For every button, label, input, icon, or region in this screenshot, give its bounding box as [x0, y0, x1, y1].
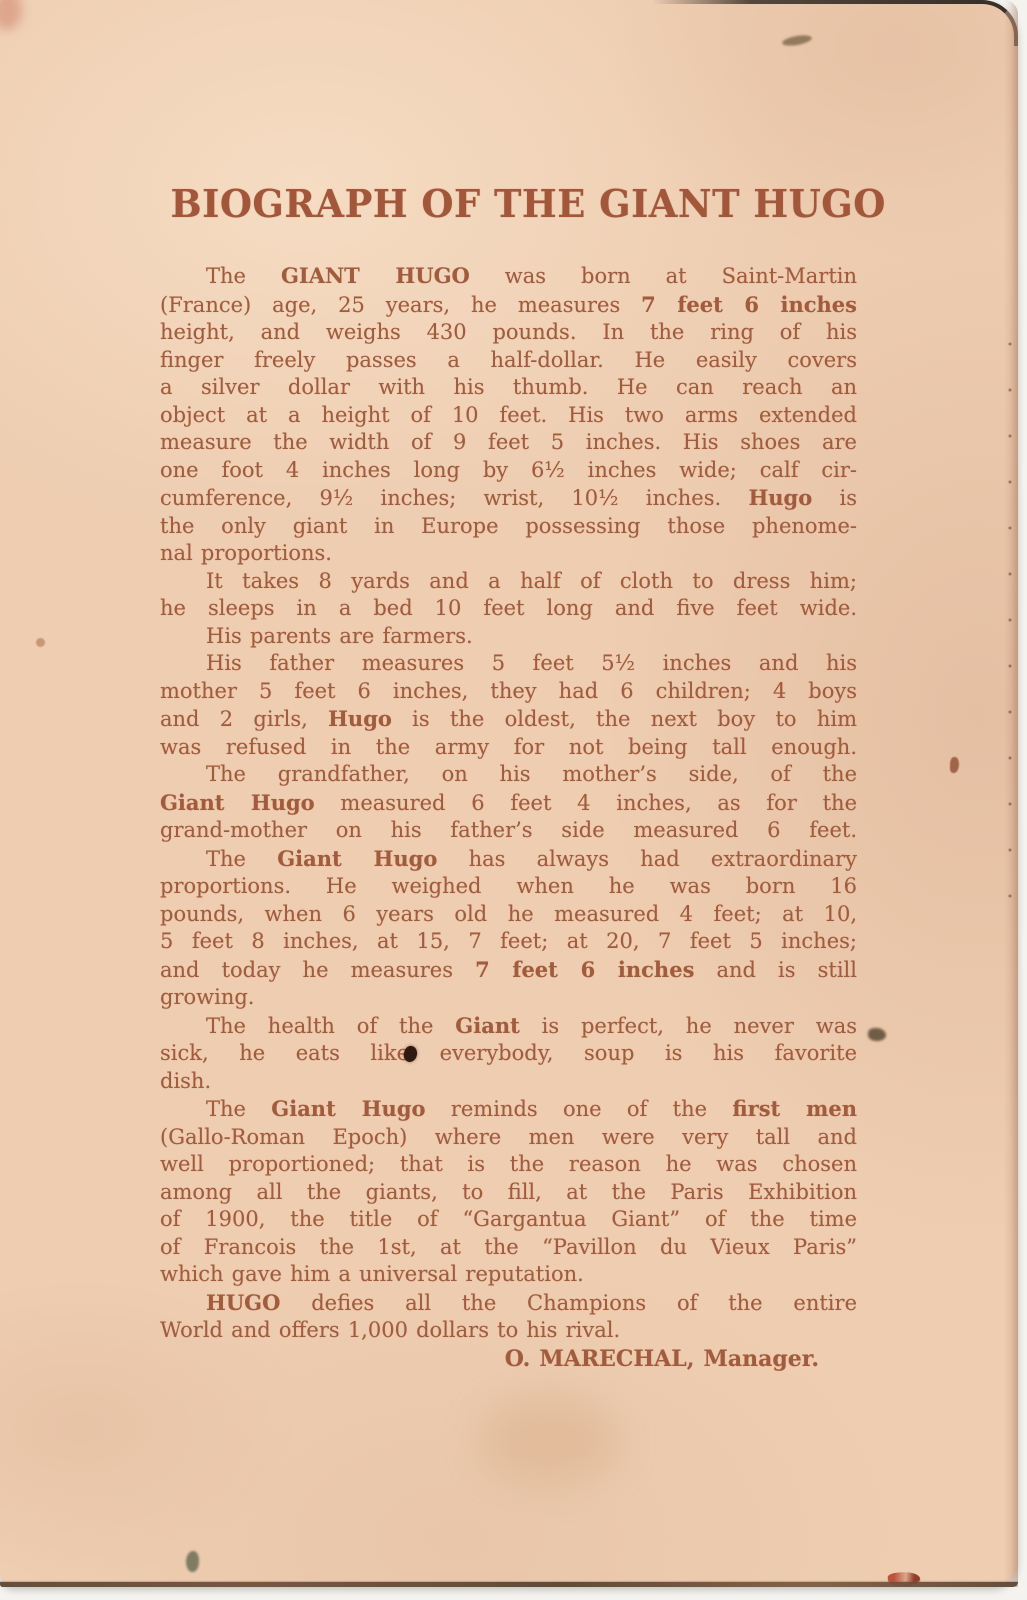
text-line: His father measures 5 feet 5½ inches and… [160, 650, 857, 678]
text-line: proportions. He weighed when he was born… [160, 873, 857, 901]
text-line: dish. [160, 1068, 857, 1096]
paragraph: HUGO defies all the Champions of the ent… [160, 1289, 857, 1345]
paragraph: His father measures 5 feet 5½ inches and… [160, 650, 857, 761]
text-line: and today he measures 7 feet 6 inches an… [160, 956, 857, 985]
biography-text: The GIANT HUGO was born at Saint-Martin(… [160, 262, 857, 1373]
text-line: he sleeps in a bed 10 feet long and five… [160, 595, 857, 623]
postcard: BIOGRAPH OF THE GIANT HUGO The GIANT HUG… [0, 0, 1018, 1587]
text-line: (France) age, 25 years, he measures 7 fe… [160, 291, 857, 320]
text-line: Giant Hugo measured 6 feet 4 inches, as … [160, 789, 857, 818]
text-line: sick, he eats like everybody, soup is hi… [160, 1040, 857, 1068]
paragraph: The GIANT HUGO was born at Saint-Martin(… [160, 262, 857, 568]
text-edge-smudge [868, 1028, 886, 1041]
bottom-edge-tear [887, 1570, 920, 1586]
signature-line: O. MARECHAL, Manager. [160, 1346, 857, 1374]
text-line: pounds, when 6 years old he measured 4 f… [160, 901, 857, 929]
text-line: the only giant in Europe possessing thos… [160, 513, 857, 541]
text-line: finger freely passes a half-dollar. He e… [160, 347, 857, 375]
text-line: of Francois the 1st, at the “Pavillon du… [160, 1234, 857, 1262]
text-line: 5 feet 8 inches, at 15, 7 feet; at 20, 7… [160, 928, 857, 956]
text-line: His parents are farmers. [160, 623, 857, 651]
paragraph: The grandfather, on his mother’s side, o… [160, 761, 857, 845]
text-line: HUGO defies all the Champions of the ent… [160, 1289, 857, 1318]
text-line: World and offers 1,000 dollars to his ri… [160, 1317, 857, 1345]
text-line: The health of the Giant is perfect, he n… [160, 1012, 857, 1041]
text-line: well proportioned; that is the reason he… [160, 1151, 857, 1179]
text-line: (Gallo-Roman Epoch) where men were very … [160, 1124, 857, 1152]
card-right-edge [1004, 0, 1018, 1587]
card-top-edge [652, 0, 982, 4]
paragraph: His parents are farmers. [160, 623, 857, 651]
text-line: a silver dollar with his thumb. He can r… [160, 374, 857, 402]
text-line: The grandfather, on his mother’s side, o… [160, 761, 857, 789]
text-line: mother 5 feet 6 inches, they had 6 child… [160, 678, 857, 706]
paragraph: The Giant Hugo reminds one of the first … [160, 1095, 857, 1289]
text-line: growing. [160, 984, 857, 1012]
text-line: cumference, 9½ inches; wrist, 10½ inches… [160, 484, 857, 513]
text-line: one foot 4 inches long by 6½ inches wide… [160, 457, 857, 485]
paragraph: It takes 8 yards and a half of cloth to … [160, 568, 857, 623]
text-line: measure the width of 9 feet 5 inches. Hi… [160, 429, 857, 457]
bottom-smudge-stain [186, 1551, 199, 1572]
text-line: It takes 8 yards and a half of cloth to … [160, 568, 857, 596]
text-line: The GIANT HUGO was born at Saint-Martin [160, 262, 857, 291]
text-line: which gave him a universal reputation. [160, 1261, 857, 1289]
right-margin-mark [950, 757, 959, 773]
card-right-edge-specks [1008, 340, 1013, 920]
text-line: was refused in the army for not being ta… [160, 734, 857, 762]
text-line: object at a height of 10 feet. His two a… [160, 402, 857, 430]
text-line: nal proportions. [160, 540, 857, 568]
text-line: The Giant Hugo reminds one of the first … [160, 1095, 857, 1124]
aging-spot [480, 1395, 620, 1485]
paragraph: The health of the Giant is perfect, he n… [160, 1012, 857, 1096]
text-line: The Giant Hugo has always had extraordin… [160, 845, 857, 874]
document-title: BIOGRAPH OF THE GIANT HUGO [170, 181, 847, 227]
card-bottom-edge [0, 1582, 1018, 1587]
card-top-right-corner [972, 0, 1018, 46]
paragraph: The Giant Hugo has always had extraordin… [160, 845, 857, 1012]
text-line: among all the giants, to fill, at the Pa… [160, 1179, 857, 1207]
text-line: grand-mother on his father’s side measur… [160, 817, 857, 845]
top-smudge-stain [781, 33, 812, 47]
text-line: of 1900, the title of “Gargantua Giant” … [160, 1206, 857, 1234]
text-line: height, and weighs 430 pounds. In the ri… [160, 319, 857, 347]
left-margin-spot [36, 638, 45, 647]
corner-smudge-stain [0, 0, 22, 30]
text-line: and 2 girls, Hugo is the oldest, the nex… [160, 705, 857, 734]
